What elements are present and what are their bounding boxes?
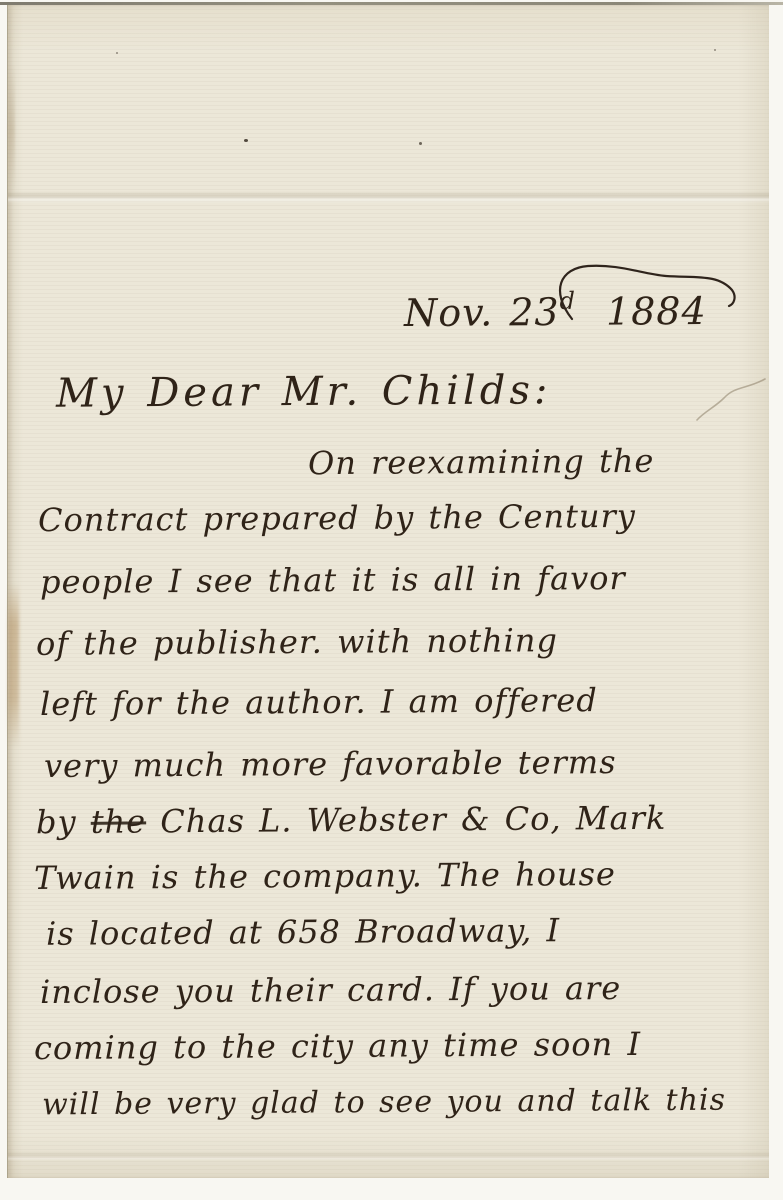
line-segment: Chas L. Webster & Co, Mark	[146, 799, 666, 841]
aged-left-edge	[8, 583, 19, 748]
letter-line: Contract prepared by the Century	[38, 497, 636, 539]
date-year: 1884	[606, 289, 707, 334]
letter-line: by the Chas L. Webster & Co, Mark	[36, 799, 667, 841]
scanned-letter: Nov. 23d1884 My Dear Mr. Childs: On reex…	[0, 0, 783, 1200]
letter-line: coming to the city any time soon I	[34, 1025, 641, 1067]
aged-left-edge-upper	[8, 65, 15, 195]
letter-line: left for the author. I am offered	[40, 681, 598, 723]
letter-line: people I see that it is all in favor	[40, 559, 626, 601]
letter-line: is located at 658 Broadway, I	[46, 911, 560, 953]
salutation-line: My Dear Mr. Childs:	[56, 367, 552, 416]
letter-paper: Nov. 23d1884 My Dear Mr. Childs: On reex…	[7, 5, 769, 1178]
line-segment: by	[36, 803, 91, 841]
letter-line: Twain is the company. The house	[34, 855, 616, 897]
ink-speck	[714, 49, 716, 51]
letter-line: inclose you their card. If you are	[40, 969, 622, 1011]
struck-word: the	[91, 802, 147, 840]
ink-speck	[244, 139, 248, 142]
letter-line: will be very glad to see you and talk th…	[42, 1083, 726, 1123]
date-line: Nov. 23d1884	[404, 286, 707, 335]
date-main: Nov. 23	[404, 290, 560, 335]
fold-crease-top	[8, 191, 769, 203]
ink-speck	[116, 52, 118, 54]
ink-speck	[419, 142, 422, 145]
letter-line: of the publisher. with nothing	[36, 621, 558, 663]
letter-line: On reexamining the	[308, 442, 655, 482]
diagonal-crease	[691, 373, 773, 425]
date-superscript: d	[559, 287, 576, 315]
letter-line: very much more favorable terms	[44, 743, 617, 785]
fold-crease-bottom	[8, 1151, 769, 1161]
